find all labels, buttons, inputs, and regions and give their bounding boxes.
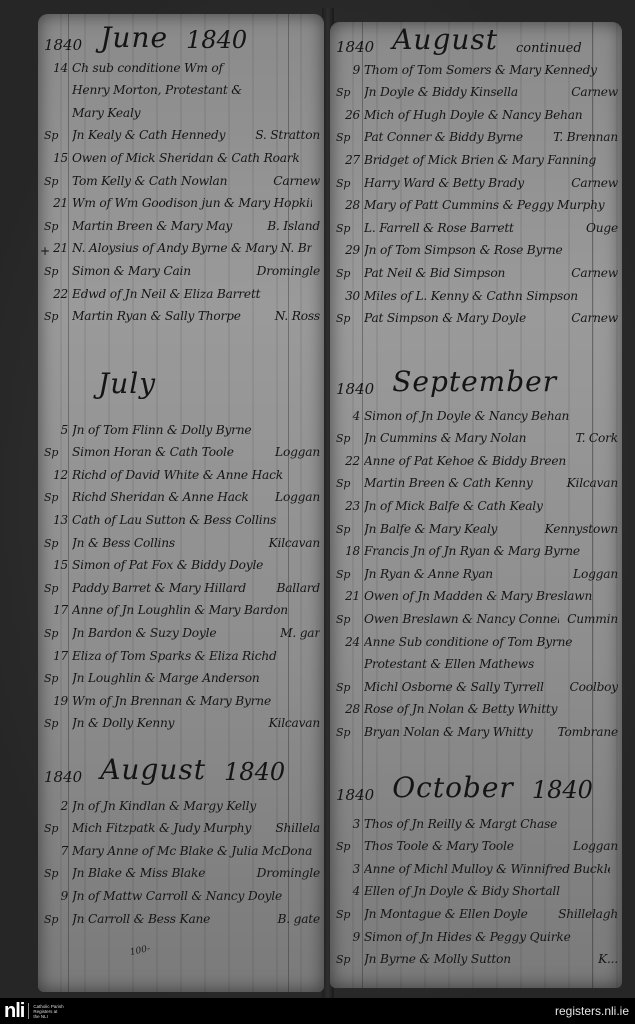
entry-place: Carnew — [571, 311, 618, 325]
entry-text: Richd of David White & Anne Hack — [72, 468, 312, 482]
logo-divider — [28, 1003, 29, 1019]
entry-text: Anne of Pat Kehoe & Biddy Breen — [364, 454, 610, 468]
entry-place: Kilcavan — [269, 536, 320, 550]
entry-day: 14 — [42, 61, 72, 75]
section-month: August — [100, 753, 206, 786]
entry-day: 21 — [42, 196, 72, 210]
sponsor-entry: SpOwen Breslawn & Nancy ConnellCummin — [334, 603, 618, 626]
baptism-entry: 24Anne Sub conditione of Tom Byrne — [334, 626, 618, 649]
baptism-entry: 15Simon of Pat Fox & Biddy Doyle — [42, 550, 320, 573]
entry-text: Francis Jn of Jn Ryan & Marg Byrne — [364, 544, 610, 558]
section-year: 1840 — [44, 768, 82, 786]
entry-day: Sp — [334, 953, 364, 966]
entry-place: Dromingle — [257, 264, 320, 278]
baptism-entry: 22Anne of Pat Kehoe & Biddy Breen — [334, 445, 618, 468]
entry-place: Cummin — [567, 612, 618, 626]
entry-day: 29 — [334, 243, 364, 257]
entry-place: S. Stratton — [255, 128, 320, 142]
section-header-june: 1840 June 1840 — [44, 20, 318, 54]
sponsor-entry: SpPat Conner & Biddy ByrneT. Brennan — [334, 122, 618, 145]
baptism-entry: 12Richd of David White & Anne Hack — [42, 459, 320, 482]
logo-caption-line: the NLI — [33, 1014, 63, 1019]
section-year: 1840 — [336, 786, 374, 804]
section-header-july: July — [98, 366, 318, 400]
entry-text: Eliza of Tom Sparks & Eliza Richd — [72, 649, 312, 663]
sponsor-entry: SpJn Bardon & Suzy DoyleM. gar — [42, 617, 320, 640]
entry-day: 27 — [334, 153, 364, 167]
entry-day: Sp — [334, 477, 364, 490]
nli-logo-mark: nli — [4, 1001, 24, 1021]
baptism-entry: 28Rose of Jn Nolan & Betty Whitty — [334, 694, 618, 717]
entry-day: Sp — [42, 310, 72, 323]
entry-place: Carnew — [571, 176, 618, 190]
entry-day: Sp — [334, 840, 364, 853]
entry-place: T. Brennan — [553, 130, 618, 144]
entry-place: Carnew — [571, 85, 618, 99]
entry-day: 12 — [42, 468, 72, 482]
entry-day: 30 — [334, 289, 364, 303]
entry-day: 15 — [42, 558, 72, 572]
baptism-entry: 9Jn of Mattw Carroll & Nancy Doyle — [42, 880, 320, 903]
entry-day: 18 — [334, 544, 364, 558]
sponsor-entry: SpJn Montague & Ellen DoyleShillelagh — [334, 898, 618, 921]
entry-day: Sp — [42, 220, 72, 233]
entry-text: Martin Breen & Cath Kenny — [364, 476, 559, 490]
entry-day: Sp — [42, 446, 72, 459]
entry-day: Sp — [42, 913, 72, 926]
entry-text: Ellen of Jn Doyle & Bidy Shortall — [364, 884, 610, 898]
entry-text: Tom Kelly & Cath Nowlan — [72, 174, 265, 188]
baptism-entry: 9Thom of Tom Somers & Mary Kennedy — [334, 54, 618, 77]
baptism-entry: 17Anne of Jn Loughlin & Mary Bardon — [42, 595, 320, 618]
entry-text: Jn of Jn Kindlan & Margy Kelly — [72, 799, 312, 813]
entry-place: Kilcavan — [567, 476, 618, 490]
entry-day: 9 — [334, 930, 364, 944]
entry-text: Mich of Hugh Doyle & Nancy Behan — [364, 108, 610, 122]
entry-text: Rose of Jn Nolan & Betty Whitty — [364, 702, 610, 716]
entry-day: Sp — [334, 312, 364, 325]
entry-day: 17 — [42, 649, 72, 663]
entry-text: Jn Carroll & Bess Kane — [72, 912, 270, 926]
entry-text: Bryan Nolan & Mary Whitty — [364, 725, 550, 739]
sponsor-entry: SpSimon & Mary CainDromingle — [42, 255, 320, 278]
entry-text: Martin Breen & Mary May — [72, 219, 259, 233]
entry-day: Sp — [334, 613, 364, 626]
entry-text: Richd Sheridan & Anne Hack — [72, 490, 267, 504]
baptism-entry: 4Simon of Jn Doyle & Nancy Behan — [334, 400, 618, 423]
entries-june: 14Ch sub conditione Wm ofHenry Morton, P… — [42, 52, 320, 323]
entry-text: Anne of Jn Loughlin & Mary Bardon — [72, 603, 312, 617]
baptism-entry: Henry Morton, Protestant & — [42, 75, 320, 98]
entry-day: 26 — [334, 108, 364, 122]
sponsor-entry: SpJn & Dolly KennyKilcavan — [42, 708, 320, 731]
entry-day: Sp — [42, 672, 72, 685]
sponsor-entry: SpThos Toole & Mary TooleLoggan — [334, 831, 618, 854]
sponsor-entry: SpMich Fitzpatk & Judy MurphyShillela — [42, 813, 320, 836]
baptism-entry: 21Owen of Jn Madden & Mary Breslawn — [334, 581, 618, 604]
baptism-entry: 21Wm of Wm Goodison jun & Mary Hopkins — [42, 188, 320, 211]
entry-place: T. Cork — [575, 431, 618, 445]
entry-day: Sp — [334, 568, 364, 581]
entry-text: Owen of Jn Madden & Mary Breslawn — [364, 589, 610, 603]
entry-day: 9 — [334, 63, 364, 77]
section-month: June — [100, 21, 168, 54]
entry-day: Sp — [334, 267, 364, 280]
entry-text: Michl Osborne & Sally Tyrrell — [364, 680, 561, 694]
sponsor-entry: SpJn Carroll & Bess KaneB. gate — [42, 903, 320, 926]
baptism-entry: 5Jn of Tom Flinn & Dolly Byrne — [42, 414, 320, 437]
entry-day: Sp — [334, 177, 364, 190]
entry-day: Sp — [42, 491, 72, 504]
sponsor-entry: SpJn Cummins & Mary NolanT. Cork — [334, 423, 618, 446]
entry-day: 4 — [334, 884, 364, 898]
entry-day: 24 — [334, 635, 364, 649]
baptism-entry: 15Owen of Mick Sheridan & Cath Roark — [42, 142, 320, 165]
nli-logo[interactable]: nli Catholic Parish Registers at the NLI — [4, 1001, 64, 1021]
entry-place: Ballard — [276, 581, 320, 595]
entry-day: Sp — [334, 726, 364, 739]
entry-day: 4 — [334, 409, 364, 423]
entry-place: B. Island — [267, 219, 320, 233]
entry-day: 23 — [334, 499, 364, 513]
baptism-entry: 30Miles of L. Kenny & Cathn Simpson — [334, 280, 618, 303]
entry-text: Cath of Lau Sutton & Bess Collins — [72, 513, 312, 527]
entry-place: Carnew — [273, 174, 320, 188]
sponsor-entry: SpJn Doyle & Biddy KinsellaCarnew — [334, 77, 618, 100]
sponsor-entry: SpSimon Horan & Cath TooleLoggan — [42, 437, 320, 460]
baptism-entry: 7Mary Anne of Mc Blake & Julia McDonald — [42, 835, 320, 858]
left-page: 1840 June 1840 14Ch sub conditione Wm of… — [38, 14, 324, 992]
entry-place: Kilcavan — [269, 716, 320, 730]
section-month: July — [98, 367, 156, 400]
entry-text: Jn Ryan & Anne Ryan — [364, 567, 565, 581]
entry-text: Bridget of Mick Brien & Mary Fanning — [364, 153, 610, 167]
sponsor-entry: SpJn Byrne & Molly SuttonK... — [334, 944, 618, 967]
baptism-entry: 14Ch sub conditione Wm of — [42, 52, 320, 75]
baptism-entry: 9Simon of Jn Hides & Peggy Quirke — [334, 921, 618, 944]
entry-text: Jn of Mick Balfe & Cath Kealy — [364, 499, 610, 513]
entry-day: 3 — [334, 817, 364, 831]
entry-text: Jn Montague & Ellen Doyle — [364, 907, 550, 921]
entry-text: Owen of Mick Sheridan & Cath Roark — [72, 151, 312, 165]
section-year: 1840 — [336, 380, 374, 398]
entry-day: Sp — [42, 867, 72, 880]
sponsor-entry: SpJn & Bess CollinsKilcavan — [42, 527, 320, 550]
entry-text: Thos Toole & Mary Toole — [364, 839, 565, 853]
entry-place: K... — [598, 952, 618, 966]
entry-place: B. gate — [278, 912, 320, 926]
sponsor-entry: SpL. Farrell & Rose BarrettOuge — [334, 212, 618, 235]
entry-place: Loggan — [275, 490, 320, 504]
entry-text: Protestant & Ellen Mathews — [364, 657, 610, 671]
entry-day: Sp — [334, 222, 364, 235]
entry-text: Jn Balfe & Mary Kealy — [364, 522, 537, 536]
entry-text: Thom of Tom Somers & Mary Kennedy — [364, 63, 610, 77]
entry-text: Simon & Mary Cain — [72, 264, 249, 278]
entry-text: Jn & Dolly Kenny — [72, 716, 261, 730]
entry-day: Sp — [334, 131, 364, 144]
entry-text: Wm of Wm Goodison jun & Mary Hopkins — [72, 196, 312, 210]
entry-day: 2 — [42, 799, 72, 813]
entry-text: Mich Fitzpatk & Judy Murphy — [72, 821, 267, 835]
entry-day: 19 — [42, 694, 72, 708]
entry-day: 17 — [42, 603, 72, 617]
sponsor-entry: SpMartin Ryan & Sally ThorpeN. Ross — [42, 301, 320, 324]
entry-text: Jn Byrne & Molly Sutton — [364, 952, 590, 966]
entry-text: Simon Horan & Cath Toole — [72, 445, 267, 459]
logo-caption: Catholic Parish Registers at the NLI — [33, 1004, 63, 1019]
section-header-august: 1840 August 1840 — [44, 752, 318, 786]
entry-text: Ch sub conditione Wm of — [72, 61, 312, 75]
baptism-entry: 17Eliza of Tom Sparks & Eliza Richd — [42, 640, 320, 663]
entry-text: Jn of Mattw Carroll & Nancy Doyle — [72, 889, 312, 903]
entry-text: Miles of L. Kenny & Cathn Simpson — [364, 289, 610, 303]
entry-day: 28 — [334, 198, 364, 212]
entry-day: 22 — [42, 287, 72, 301]
entry-day: Sp — [42, 717, 72, 730]
baptism-entry: 4Ellen of Jn Doyle & Bidy Shortall — [334, 876, 618, 899]
entry-day: Sp — [334, 908, 364, 921]
baptism-entry: 13Cath of Lau Sutton & Bess Collins — [42, 504, 320, 527]
entries-october: 3Thos of Jn Reilly & Margt ChaseSpThos T… — [334, 808, 618, 966]
entry-place: Shillelagh — [558, 907, 618, 921]
sponsor-entry: SpMartin Breen & Mary MayB. Island — [42, 210, 320, 233]
baptism-entry: 22Edwd of Jn Neil & Eliza Barrett — [42, 278, 320, 301]
entry-text: Jn of Tom Simpson & Rose Byrne — [364, 243, 610, 257]
entry-text: Jn Loughlin & Marge Anderson — [72, 671, 312, 685]
entry-day: 3 — [334, 862, 364, 876]
entry-text: Jn Doyle & Biddy Kinsella — [364, 85, 563, 99]
section-month-year: 1840 — [186, 26, 247, 54]
entry-text: Simon of Jn Doyle & Nancy Behan — [364, 409, 610, 423]
sponsor-entry: SpJn Blake & Miss BlakeDromingle — [42, 858, 320, 881]
entry-place: Shillela — [275, 821, 320, 835]
entry-text: Owen Breslawn & Nancy Connell — [364, 612, 559, 626]
entry-text: Mary Anne of Mc Blake & Julia McDonald — [72, 844, 312, 858]
entry-day: Sp — [42, 129, 72, 142]
entry-day: Sp — [42, 537, 72, 550]
section-header-september: 1840 September — [336, 364, 616, 398]
entry-day: 21 — [334, 589, 364, 603]
baptism-entry: 27Bridget of Mick Brien & Mary Fanning — [334, 144, 618, 167]
sponsor-entry: SpJn Ryan & Anne RyanLoggan — [334, 558, 618, 581]
right-page: 1840 August continued 9Thom of Tom Somer… — [330, 22, 622, 988]
entry-day: 22 — [334, 454, 364, 468]
entry-text: Jn & Bess Collins — [72, 536, 261, 550]
sponsor-entry: SpHarry Ward & Betty BradyCarnew — [334, 167, 618, 190]
baptism-entry: Protestant & Ellen Mathews — [334, 649, 618, 672]
entry-text: Paddy Barret & Mary Hillard — [72, 581, 268, 595]
baptism-entry: 3Thos of Jn Reilly & Margt Chase — [334, 808, 618, 831]
entry-text: Pat Conner & Biddy Byrne — [364, 130, 545, 144]
entry-place: Kennystown — [545, 522, 618, 536]
entries-september: 4Simon of Jn Doyle & Nancy BehanSpJn Cum… — [334, 400, 618, 739]
entry-text: Harry Ward & Betty Brady — [364, 176, 563, 190]
entry-text: Mary Kealy — [72, 106, 312, 120]
entry-day: Sp — [334, 432, 364, 445]
entry-text: Jn Bardon & Suzy Doyle — [72, 626, 272, 640]
baptism-entry: 28Mary of Patt Cummins & Peggy Murphy — [334, 190, 618, 213]
entry-day: 13 — [42, 513, 72, 527]
entry-place: M. gar — [280, 626, 320, 640]
entry-day: 5 — [42, 423, 72, 437]
entry-day: Sp — [334, 681, 364, 694]
entry-text: Martin Ryan & Sally Thorpe — [72, 309, 267, 323]
entry-place: Loggan — [573, 567, 618, 581]
entry-text: Thos of Jn Reilly & Margt Chase — [364, 817, 610, 831]
entry-day: Sp — [42, 175, 72, 188]
entry-text: Simon of Jn Hides & Peggy Quirke — [364, 930, 610, 944]
entry-day: 28 — [334, 702, 364, 716]
entry-text: Jn Kealy & Cath Hennedy — [72, 128, 247, 142]
baptism-entry: 29Jn of Tom Simpson & Rose Byrne — [334, 235, 618, 258]
section-month-year: 1840 — [532, 776, 593, 804]
entry-place: N. Ross — [275, 309, 320, 323]
section-month: August — [392, 23, 498, 56]
sponsor-entry: SpJn Kealy & Cath HennedyS. Stratton — [42, 120, 320, 143]
entry-text: Mary of Patt Cummins & Peggy Murphy — [364, 198, 610, 212]
section-header-august-continued: 1840 August continued — [336, 22, 616, 56]
entry-text: N. Aloysius of Andy Byrne & Mary N. Bran… — [72, 241, 312, 255]
sponsor-entry: SpMartin Breen & Cath KennyKilcavan — [334, 468, 618, 491]
sponsor-entry: SpJn Loughlin & Marge Anderson — [42, 663, 320, 686]
section-header-october: 1840 October 1840 — [336, 770, 616, 804]
section-month: October — [392, 771, 514, 804]
entry-day: Sp — [334, 86, 364, 99]
entry-day: 9 — [42, 889, 72, 903]
baptism-entry: 19Wm of Jn Brennan & Mary Byrne — [42, 685, 320, 708]
entry-place: Coolboy — [569, 680, 618, 694]
entry-text: Pat Neil & Bid Simpson — [364, 266, 563, 280]
entry-day: 7 — [42, 844, 72, 858]
sponsor-entry: SpRichd Sheridan & Anne HackLoggan — [42, 482, 320, 505]
register-scan: 1840 June 1840 14Ch sub conditione Wm of… — [0, 0, 635, 998]
sponsor-entry: SpBryan Nolan & Mary WhittyTombrane — [334, 716, 618, 739]
entry-text: Simon of Pat Fox & Biddy Doyle — [72, 558, 312, 572]
sponsor-entry: SpPat Simpson & Mary DoyleCarnew — [334, 303, 618, 326]
entry-place: Loggan — [573, 839, 618, 853]
baptism-entry: 26Mich of Hugh Doyle & Nancy Behan — [334, 99, 618, 122]
entries-august-continued: 9Thom of Tom Somers & Mary KennedySpJn D… — [334, 54, 618, 325]
entry-place: Loggan — [275, 445, 320, 459]
entry-day: Sp — [334, 523, 364, 536]
cross-mark: + — [40, 244, 50, 258]
entry-text: Jn Cummins & Mary Nolan — [364, 431, 567, 445]
entries-august: 2Jn of Jn Kindlan & Margy KellySpMich Fi… — [42, 790, 320, 926]
section-month-year: 1840 — [224, 758, 285, 786]
sponsor-entry: SpPaddy Barret & Mary HillardBallard — [42, 572, 320, 595]
sponsor-entry: SpMichl Osborne & Sally TyrrellCoolboy — [334, 671, 618, 694]
baptism-entry: 21N. Aloysius of Andy Byrne & Mary N. Br… — [42, 233, 320, 256]
entry-place: Ouge — [586, 221, 618, 235]
sponsor-entry: SpTom Kelly & Cath NowlanCarnew — [42, 165, 320, 188]
entries-july: 5Jn of Tom Flinn & Dolly ByrneSpSimon Ho… — [42, 414, 320, 730]
sponsor-entry: SpJn Balfe & Mary KealyKennystown — [334, 513, 618, 536]
baptism-entry: 23Jn of Mick Balfe & Cath Kealy — [334, 490, 618, 513]
entry-text: Edwd of Jn Neil & Eliza Barrett — [72, 287, 312, 301]
entry-text: Jn of Tom Flinn & Dolly Byrne — [72, 423, 312, 437]
baptism-entry: 3Anne of Michl Mulloy & Winnifred Buckle… — [334, 853, 618, 876]
baptism-entry: Mary Kealy — [42, 97, 320, 120]
entry-place: Tombrane — [558, 725, 618, 739]
entry-place: Carnew — [571, 266, 618, 280]
entry-text: Anne Sub conditione of Tom Byrne — [364, 635, 610, 649]
entry-text: Pat Simpson & Mary Doyle — [364, 311, 563, 325]
baptism-entry: 2Jn of Jn Kindlan & Margy Kelly — [42, 790, 320, 813]
entry-day: Sp — [42, 265, 72, 278]
section-month: September — [392, 365, 557, 398]
entry-day: Sp — [42, 582, 72, 595]
entry-text: Henry Morton, Protestant & — [72, 83, 312, 97]
entry-text: Jn Blake & Miss Blake — [72, 866, 249, 880]
entry-text: L. Farrell & Rose Barrett — [364, 221, 578, 235]
baptism-entry: 18Francis Jn of Jn Ryan & Marg Byrne — [334, 536, 618, 559]
site-url-link[interactable]: registers.nli.ie — [555, 1004, 629, 1018]
entry-day: Sp — [42, 627, 72, 640]
entry-text: Wm of Jn Brennan & Mary Byrne — [72, 694, 312, 708]
sponsor-entry: SpPat Neil & Bid SimpsonCarnew — [334, 257, 618, 280]
entry-place: Dromingle — [257, 866, 320, 880]
entry-day: Sp — [42, 822, 72, 835]
entry-day: 15 — [42, 151, 72, 165]
entry-text: Anne of Michl Mulloy & Winnifred Buckley — [364, 862, 610, 876]
footer-bar: nli Catholic Parish Registers at the NLI… — [0, 998, 635, 1024]
